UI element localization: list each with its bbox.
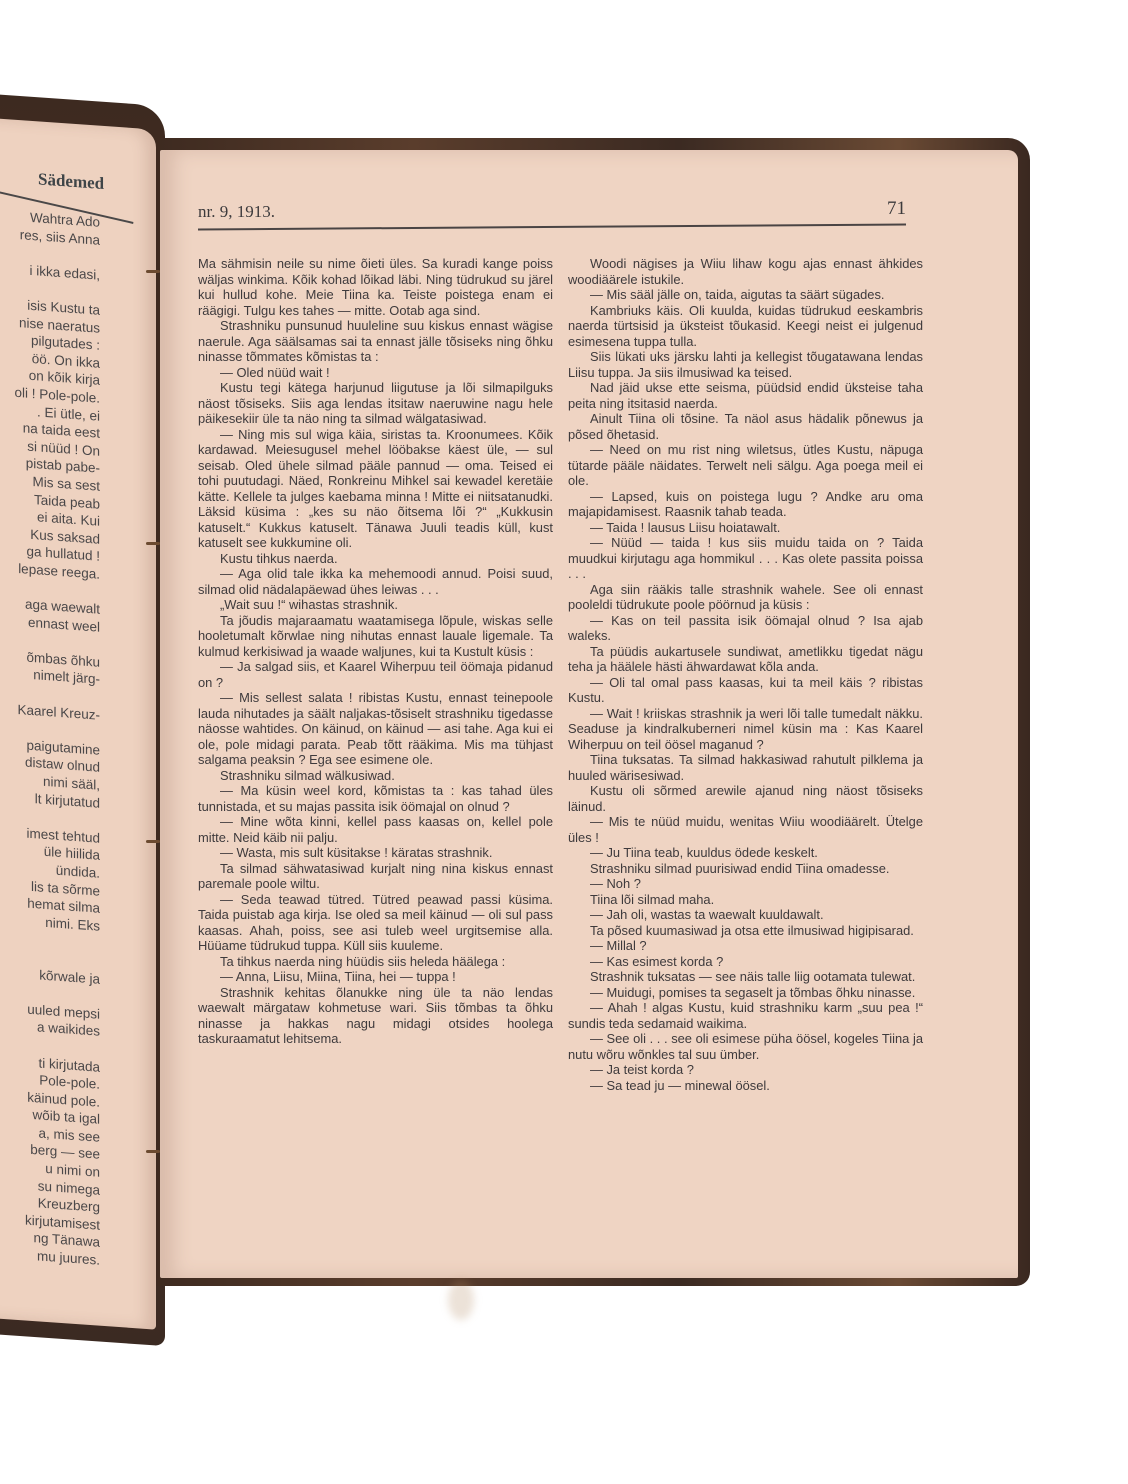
paragraph: Kustu tihkus naerda. [198, 551, 553, 567]
paragraph: Strashniku silmad puurisiwad endid Tiina… [568, 861, 923, 877]
paragraph: Ainult Tiina oli tõsine. Ta näol asus hä… [568, 411, 923, 442]
binding-stitch [146, 270, 160, 273]
paragraph: Strashnik kehitas õlanukke ning üle ta n… [198, 985, 553, 1047]
paragraph: Ma sähmisin neile su nime õieti üles. Sa… [198, 256, 553, 318]
paragraph: — Seda teawad tütred. Tütred peawad pass… [198, 892, 553, 954]
paragraph: — Jah oli, wastas ta waewalt kuuldawalt. [568, 907, 923, 923]
running-head: nr. 9, 1913. 71 [198, 198, 906, 228]
paragraph: Ta silmad sähwatasiwad kurjalt ning nina… [198, 861, 553, 892]
page-number: 71 [887, 198, 906, 220]
paragraph: — Oli tal omal pass kaasas, kui ta meil … [568, 675, 923, 706]
paragraph: — Ju Tiina teab, kuuldus ödede keskelt. [568, 845, 923, 861]
paragraph: — See oli . . . see oli esimese püha öös… [568, 1031, 923, 1062]
paragraph: — Ning mis sul wiga käia, siristas ta. K… [198, 427, 553, 551]
paragraph: — Taida ! lausus Liisu hoiatawalt. [568, 520, 923, 536]
paragraph: Strashniku silmad wälkusiwad. [198, 768, 553, 784]
paragraph: Ta püüdis aukartusele sundiwat, ametlikk… [568, 644, 923, 675]
left-page-text: Wahtra Adores, siis Annai ikka edasi,isi… [0, 207, 100, 1270]
paragraph: — Kas esimest korda ? [568, 954, 923, 970]
paragraph: Nad jäid ukse ette seisma, püüdsid endid… [568, 380, 923, 411]
paragraph: — Muidugi, pomises ta segaselt ja tõmbas… [568, 985, 923, 1001]
paragraph: „Wait suu !“ wihastas strashnik. [198, 597, 553, 613]
paragraph: Strashnik tuksatas — see näis talle liig… [568, 969, 923, 985]
paragraph: Kustu oli sõrmed arewile ajanud ning näo… [568, 783, 923, 814]
paragraph: Kustu tegi kätega harjunud liigutuse ja … [198, 380, 553, 427]
paragraph: Ta tihkus naerda ning hüüdis siis heleda… [198, 954, 553, 970]
paragraph: — Nüüd — taida ! kus siis muidu taida on… [568, 535, 923, 582]
paragraph: Siis lükati uks järsku lahti ja kellegis… [568, 349, 923, 380]
paragraph: Ta põsed kuumasiwad ja otsa ette ilmusiw… [568, 923, 923, 939]
paragraph: — Mine wõta kinni, kellel pass kaasas on… [198, 814, 553, 845]
paragraph: — Sa tead ju — minewal öösel. [568, 1078, 923, 1094]
paragraph: — Wait ! kriiskas strashnik ja weri lõi … [568, 706, 923, 753]
paragraph: — Mis sellest salata ! ribistas Kustu, e… [198, 690, 553, 768]
paragraph: — Noh ? [568, 876, 923, 892]
paragraph: — Lapsed, kuis on poistega lugu ? Andke … [568, 489, 923, 520]
binding-stitch [146, 542, 160, 545]
paragraph: — Millal ? [568, 938, 923, 954]
page-stain [448, 1280, 474, 1320]
paragraph: Kambriuks käis. Oli kuulda, kuidas tüdru… [568, 303, 923, 350]
paragraph: — Ahah ! algas Kustu, kuid strashniku ka… [568, 1000, 923, 1031]
paragraph: — Ma küsin weel kord, kõmistas ta : kas … [198, 783, 553, 814]
paragraph: — Mis te nüüd muidu, wenitas Wiiu woodiä… [568, 814, 923, 845]
paragraph: Aga siin rääkis talle strashnik wahele. … [568, 582, 923, 613]
paragraph: Strashniku punsunud huuleline suu kiskus… [198, 318, 553, 365]
paragraph: Woodi nägises ja Wiiu lihaw kogu ajas en… [568, 256, 923, 287]
text-column-right: Woodi nägises ja Wiiu lihaw kogu ajas en… [568, 256, 923, 1093]
paragraph: — Kas on teil passita isik öömajal olnud… [568, 613, 923, 644]
paragraph: — Oled nüüd wait ! [198, 365, 553, 381]
paragraph: — Ja salgad siis, et Kaarel Wiherpuu tei… [198, 659, 553, 690]
paragraph: — Wasta, mis sult küsitakse ! käratas st… [198, 845, 553, 861]
paragraph: — Mis sääl jälle on, taida, aigutas ta s… [568, 287, 923, 303]
text-column-left: Ma sähmisin neile su nime õieti üles. Sa… [198, 256, 553, 1047]
paragraph: — Ja teist korda ? [568, 1062, 923, 1078]
binding-stitch [146, 1150, 160, 1153]
issue-label: nr. 9, 1913. [198, 202, 275, 222]
paragraph: Tiina lõi silmad maha. [568, 892, 923, 908]
paragraph: Ta jõudis majaraamatu waatamisega lõpule… [198, 613, 553, 660]
paragraph: — Need on mu rist ning wiletsus, ütles K… [568, 442, 923, 489]
paragraph: — Anna, Liisu, Miina, Tiina, hei — tuppa… [198, 969, 553, 985]
paragraph: Tiina tuksatas. Ta silmad hakkasiwad rah… [568, 752, 923, 783]
binding-stitch [146, 840, 160, 843]
paragraph: — Aga olid tale ikka ka mehemoodi annud.… [198, 566, 553, 597]
